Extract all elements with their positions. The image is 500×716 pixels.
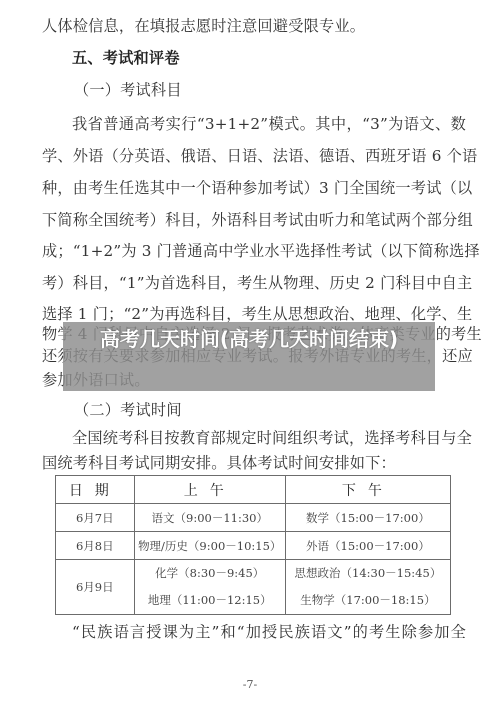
cell-entry: 化学（8:30－9:45）	[135, 560, 285, 587]
paragraph-line: 下简称全国统考）科目，外语科目考试由听力和笔试两个部分组	[42, 210, 466, 230]
column-header-afternoon: 下午	[285, 476, 450, 504]
body-text-line: 人体检信息，在填报志愿时注意回避受限专业。	[42, 16, 365, 36]
paragraph-line: 选择 1 门；“2”为再选科目，考生从思想政治、地理、化学、生	[42, 304, 466, 324]
subsection-heading: （一）考试科目	[74, 80, 182, 100]
paragraph-line: 学、外语（分英语、俄语、日语、法语、德语、西班牙语 6 个语	[42, 146, 466, 166]
cell-morning: 化学（8:30－9:45） 地理（11:00－12:15）	[134, 560, 285, 615]
document-page: 人体检信息，在填报志愿时注意回避受限专业。 五、考试和评卷 （一）考试科目 我省…	[0, 0, 500, 716]
paragraph-line: “民族语言授课为主”和“加授民族语文”的考生除参加全	[72, 622, 466, 642]
section-heading: 五、考试和评卷	[72, 48, 180, 68]
cell-date: 6月9日	[56, 560, 135, 615]
page-number: -7-	[0, 678, 500, 691]
exam-schedule-table: 日期 上午 下午 6月7日 语文（9:00－11:30） 数学（15:00－17…	[55, 475, 451, 615]
paragraph-line: 成；“1+2”为 3 门普通高中学业水平选择性考试（以下简称选择	[42, 241, 466, 261]
table-row: 6月9日 化学（8:30－9:45） 地理（11:00－12:15） 思想政治（…	[56, 560, 451, 615]
cell-date: 6月8日	[56, 532, 135, 560]
table-row: 6月7日 语文（9:00－11:30） 数学（15:00－17:00）	[56, 504, 451, 532]
table-row: 6月8日 物理/历史（9:00－10:15） 外语（15:00－17:00）	[56, 532, 451, 560]
paragraph-line: 考）科目，“1”为首选科目，考生从物理、历史 2 门科目中自主	[42, 273, 466, 293]
subsection-heading: （二）考试时间	[74, 400, 182, 420]
cell-afternoon: 外语（15:00－17:00）	[285, 532, 450, 560]
paragraph-line: 国统考科目考试同期安排。具体考试时间安排如下：	[42, 453, 396, 473]
table-header-row: 日期 上午 下午	[56, 476, 451, 504]
cell-morning: 物理/历史（9:00－10:15）	[134, 532, 285, 560]
cell-afternoon: 思想政治（14:30－15:45） 生物学（17:00－18:15）	[285, 560, 450, 615]
column-header-morning: 上午	[134, 476, 285, 504]
cell-entry: 地理（11:00－12:15）	[135, 587, 285, 614]
overlay-title: 高考几天时间(高考几天时间结束)	[63, 328, 435, 351]
paragraph-line: 种，由考生任选其中一个语种参加考试）3 门全国统一考试（以	[42, 178, 466, 198]
caption-overlay: 高考几天时间(高考几天时间结束)	[63, 322, 435, 391]
column-header-date: 日期	[56, 476, 135, 504]
cell-entry: 生物学（17:00－18:15）	[286, 587, 450, 614]
paragraph-line: 我省普通高考实行“3+1+2”模式。其中，“3”为语文、数	[72, 114, 466, 134]
paragraph-line: 全国统考科目按教育部规定时间组织考试，选择考科目与全	[72, 428, 466, 448]
cell-afternoon: 数学（15:00－17:00）	[285, 504, 450, 532]
cell-date: 6月7日	[56, 504, 135, 532]
cell-morning: 语文（9:00－11:30）	[134, 504, 285, 532]
cell-entry: 思想政治（14:30－15:45）	[286, 560, 450, 587]
